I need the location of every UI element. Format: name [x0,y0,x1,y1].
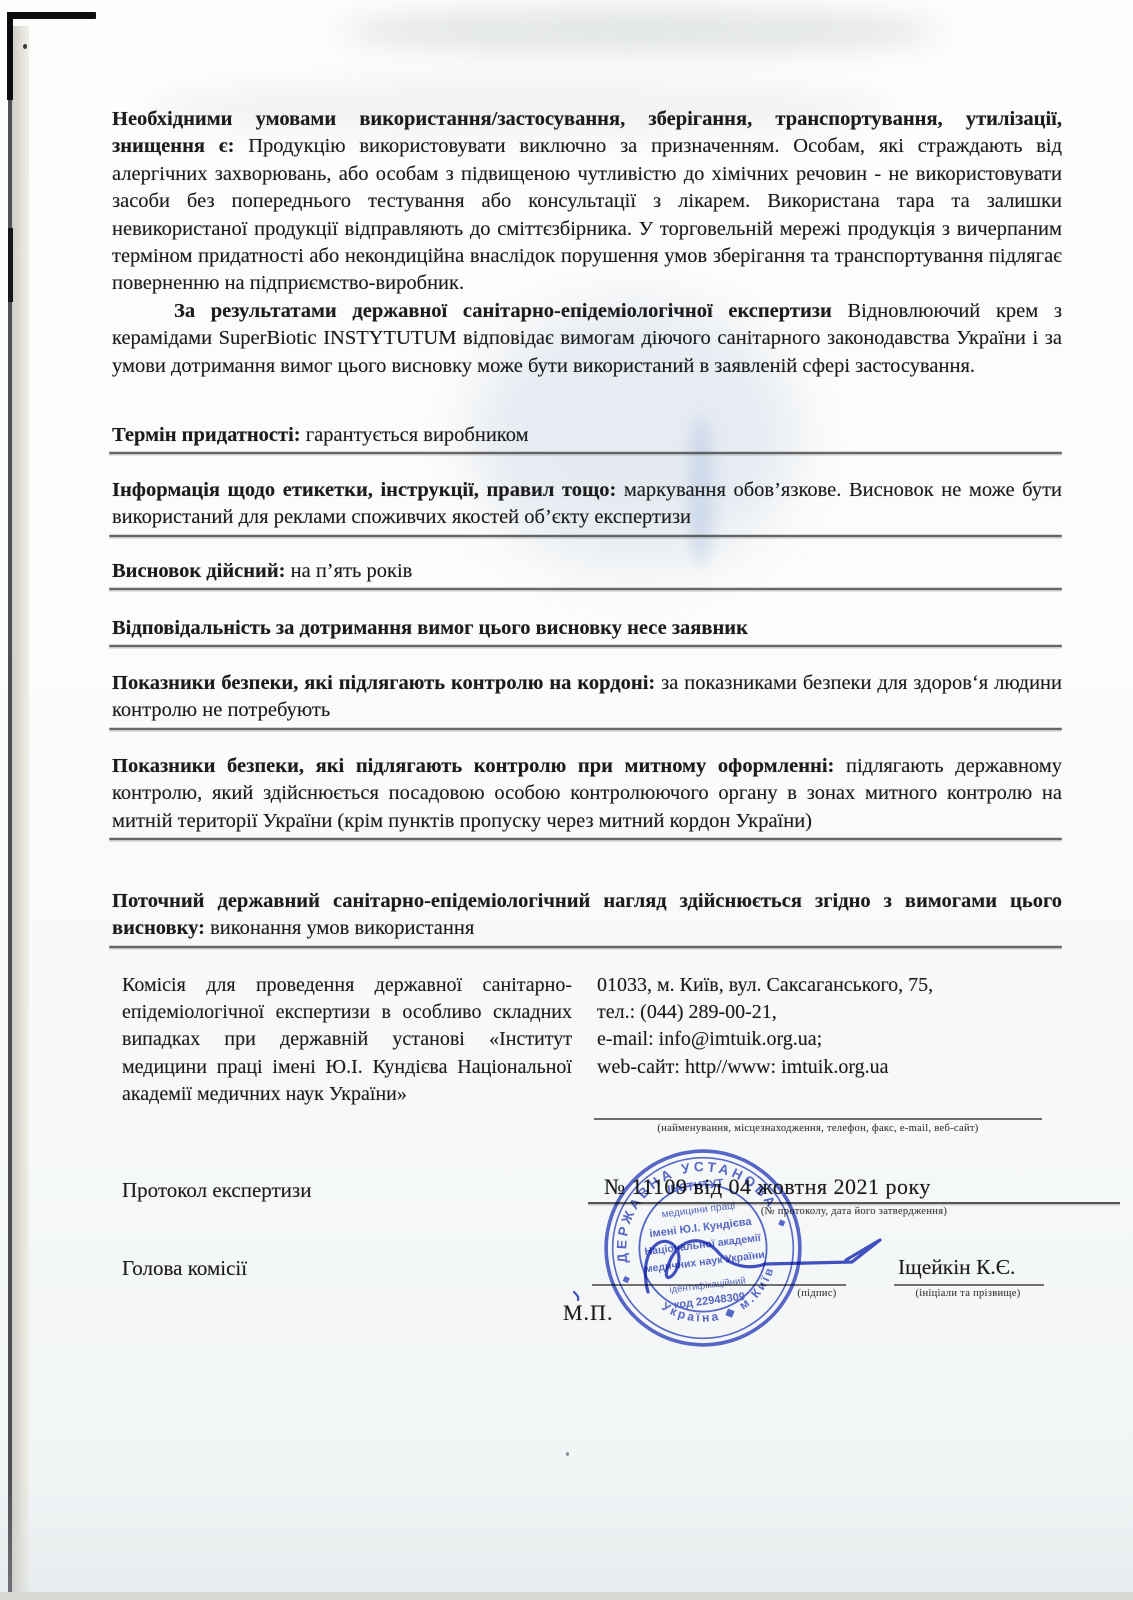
underline-rule [109,728,1062,730]
scan-edge-line-dark [8,228,13,302]
address-line: web-сайт: http//www: imtuik.org.ua [597,1054,1052,1081]
chairman-label: Голова комісії [122,1256,247,1281]
section-responsibility: Відповідальність за дотримання вимог цьо… [112,615,1062,647]
section-labeling-info: Інформація щодо етикетки, інструкції, пр… [112,477,1062,537]
protocol-label: Протокол експертизи [122,1178,311,1203]
section-label: Термін придатності: [112,424,301,446]
section-customs-control: Показники безпеки, які підлягають контро… [112,753,1062,840]
bleedthrough-smudge [340,8,940,54]
signature-stroke [560,1200,960,1320]
scan-bottom-haze [0,1472,1133,1592]
section-label: Показники безпеки, які підлягають контро… [112,755,834,777]
scan-corner-mark [8,12,96,19]
section-label: Відповідальність за дотримання вимог цьо… [112,617,748,639]
underline-rule [109,588,1062,590]
underline-rule [109,535,1062,537]
section-label: Інформація щодо етикетки, інструкції, пр… [112,479,616,501]
scanned-document-page: Необхідними умовами використання/застосу… [0,0,1133,1600]
results-label: За результатами державної санітарно-епід… [174,300,832,322]
section-label: Висновок дійсний: [112,560,286,582]
section-validity: Висновок дійсний: на п’ять років [112,558,1062,590]
scan-speck [23,44,27,49]
section-text: на п’ять років [286,560,413,582]
section-shelf-life: Термін придатності: гарантується виробни… [112,422,1062,454]
address-line: e-mail: info@imtuik.org.ua; [597,1026,1052,1053]
underline-rule [109,838,1062,840]
scan-paper-edge [12,26,29,1594]
scan-edge-line-dark [7,12,13,100]
commission-address: 01033, м. Київ, вул. Саксаганського, 75,… [597,972,1052,1108]
underline-rule [109,645,1062,647]
scan-speck [566,1452,569,1456]
conditions-text: Продукцію використовувати виключно за пр… [112,135,1062,294]
address-underline-rule [594,1118,1042,1120]
section-ongoing-supervision: Поточний державний санітарно-епідеміолог… [112,888,1062,948]
scan-bottom-band [0,1592,1133,1600]
section-label: Показники безпеки, які підлягають контро… [112,672,655,694]
underline-rule [109,946,1062,948]
intro-paragraphs: Необхідними умовами використання/застосу… [112,106,1062,380]
address-line: 01033, м. Київ, вул. Саксаганського, 75, [597,972,1052,999]
underline-rule [109,452,1062,454]
address-line: тел.: (044) 289-00-21, [597,999,1052,1026]
address-caption: (найменування, місцезнаходження, телефон… [594,1123,1042,1135]
conditions-paragraph: Необхідними умовами використання/застосу… [112,106,1062,298]
commission-description: Комісія для проведення державної санітар… [112,972,572,1108]
section-text: виконання умов використання [205,917,474,939]
section-text: гарантується виробником [301,424,529,446]
section-border-control: Показники безпеки, які підлягають контро… [112,670,1062,730]
commission-block: Комісія для проведення державної санітар… [112,972,1062,1108]
results-paragraph: За результатами державної санітарно-епід… [112,298,1062,380]
